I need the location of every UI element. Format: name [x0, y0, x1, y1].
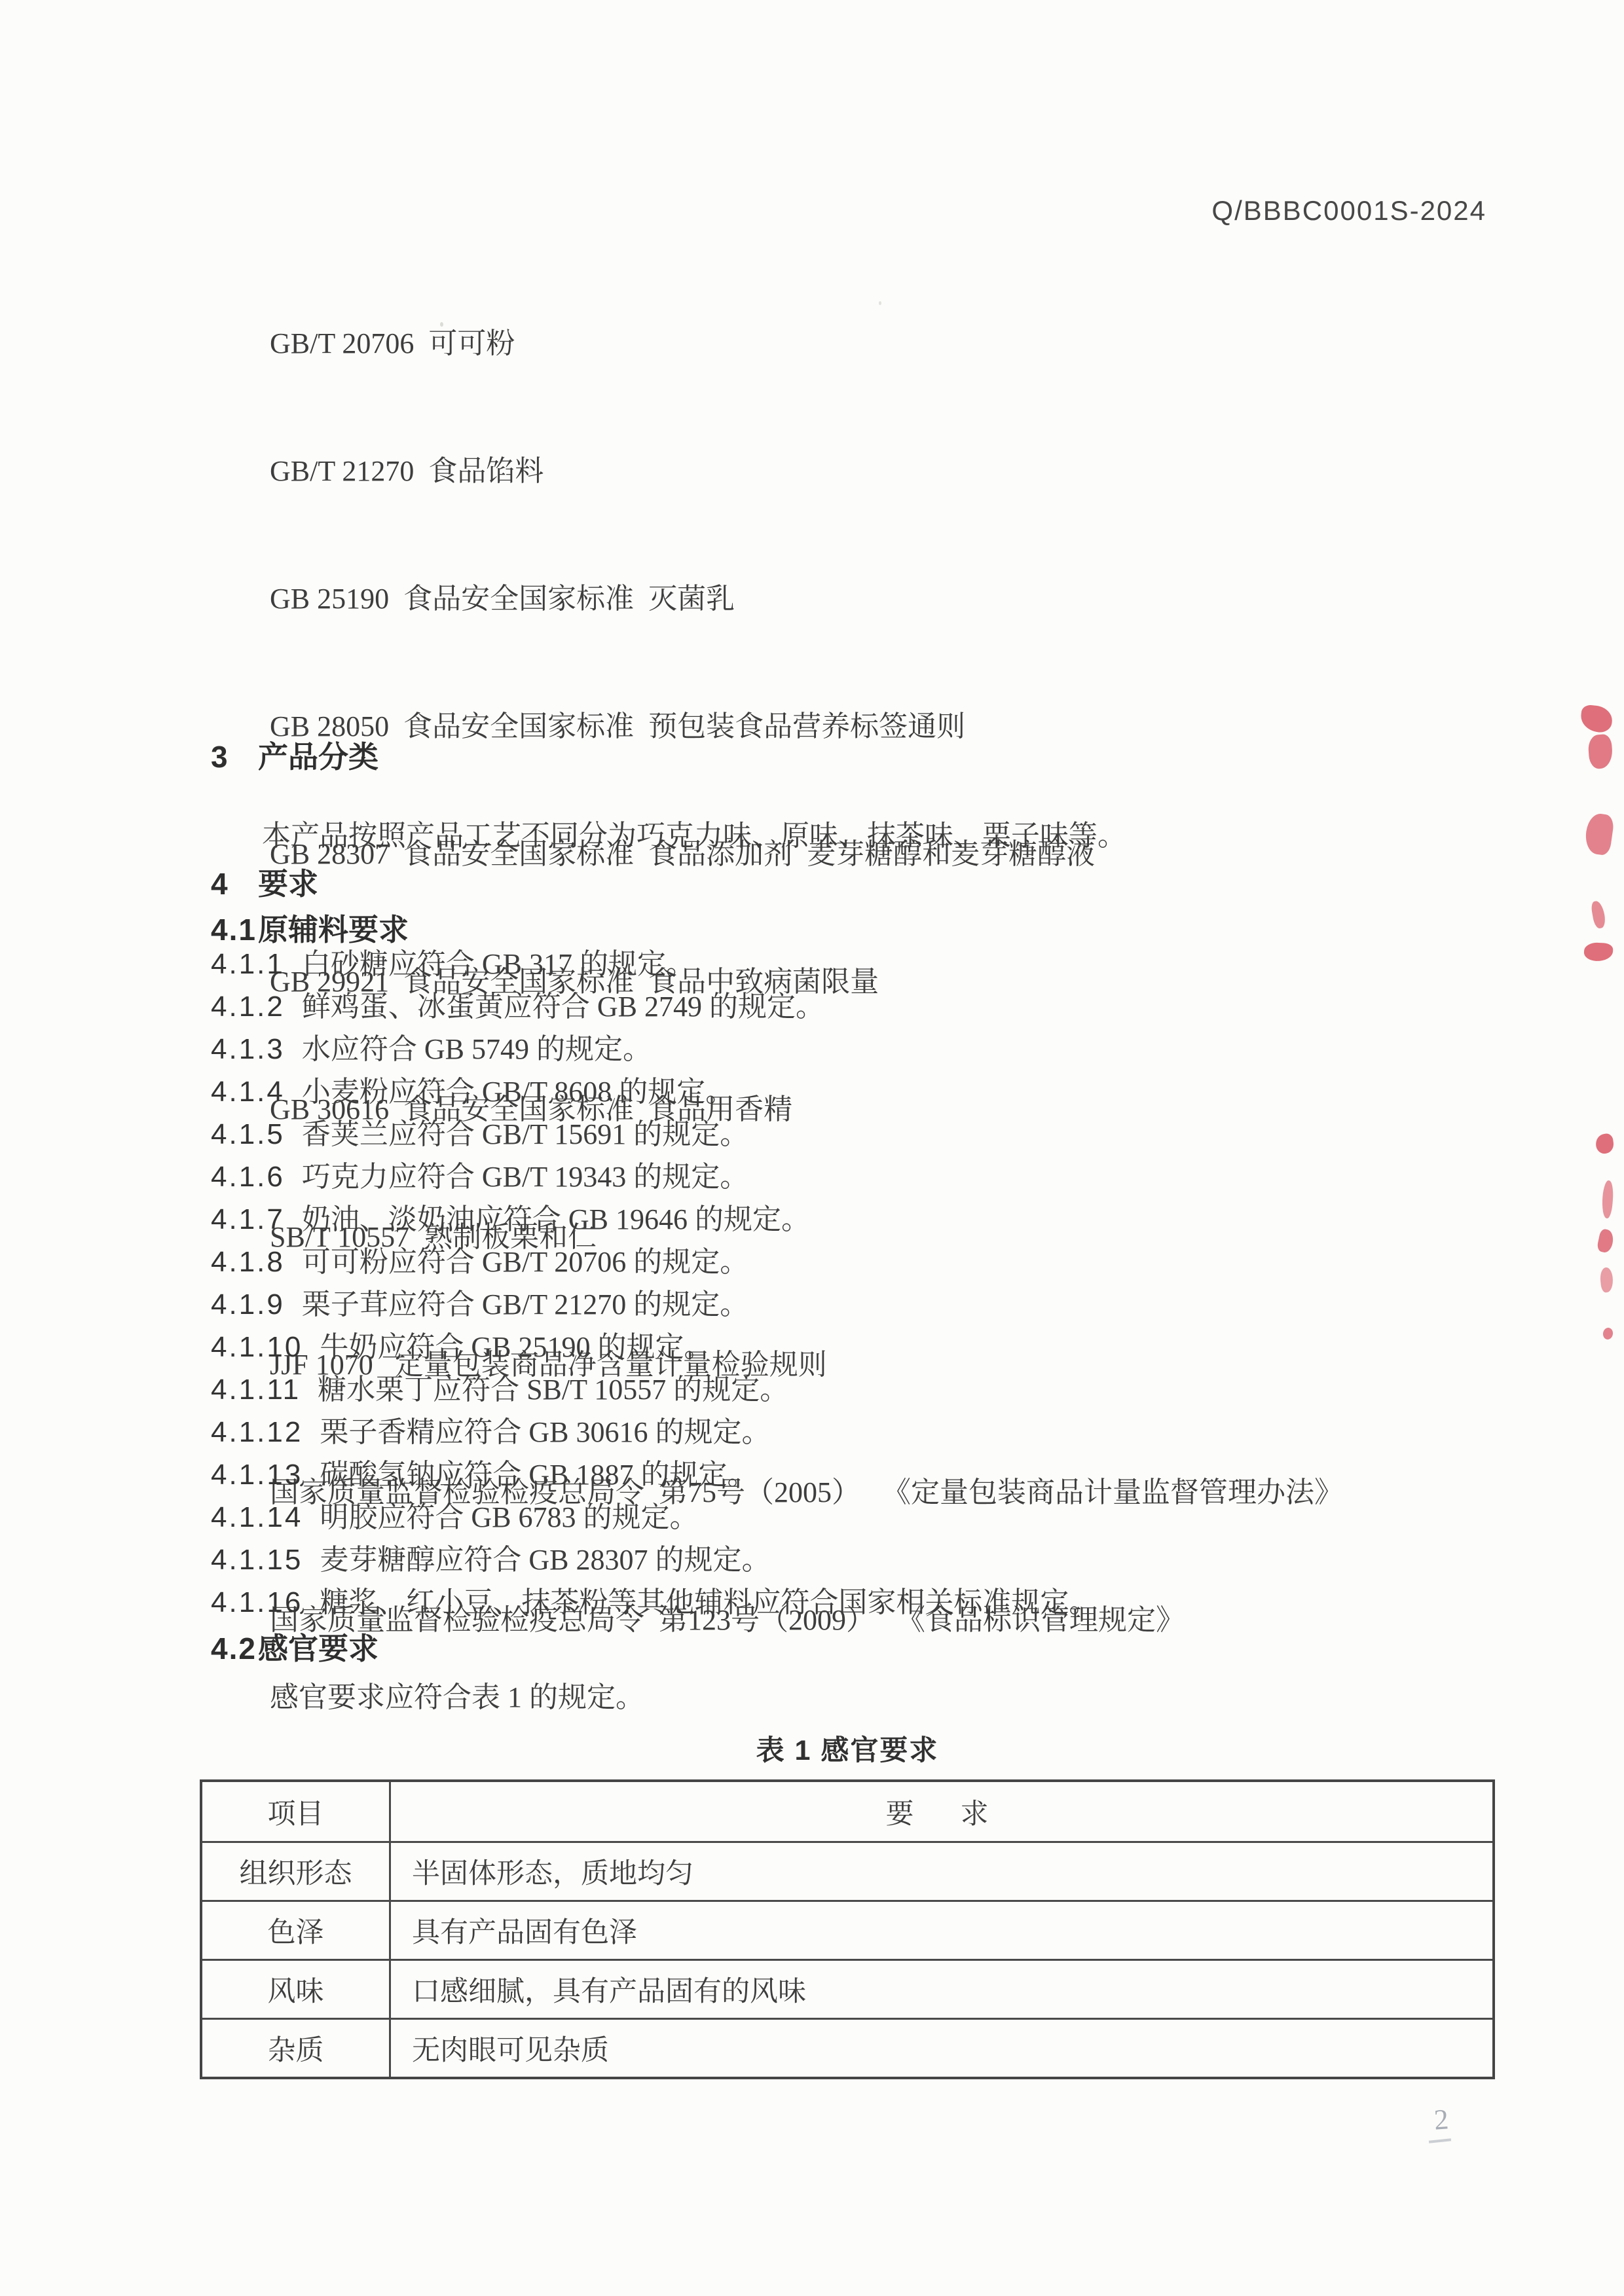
table-header-row: 项目 要 求: [202, 1782, 1492, 1841]
doc-number: Q/BBBC0001S-2024: [1211, 195, 1486, 227]
table-cell-requirement: 口感细腻，具有产品固有的风味: [391, 1961, 1492, 2018]
section-3-paragraph: 本产品按照产品工艺不同分为巧克力味、原味、抹茶味、栗子味等。: [262, 812, 1126, 854]
requirement-item: 4.1.3水应符合 GB 5749 的规定。: [211, 1028, 1098, 1070]
section-title: 感官要求: [258, 1631, 378, 1666]
table-row: 风味 口感细腻，具有产品固有的风味: [202, 1959, 1492, 2018]
item-text: 奶油、淡奶油应符合 GB 19646 的规定。: [302, 1203, 810, 1235]
table-header-item: 项目: [202, 1782, 391, 1841]
requirement-item: 4.1.12栗子香精应符合 GB 30616 的规定。: [211, 1411, 1098, 1453]
item-number: 4.1.1: [211, 948, 285, 980]
requirement-item: 4.1.14明胶应符合 GB 6783 的规定。: [211, 1496, 1098, 1539]
item-text: 小麦粉应符合 GB/T 8608 的规定。: [302, 1076, 734, 1108]
requirement-item: 4.1.15麦芽糖醇应符合 GB 28307 的规定。: [211, 1539, 1098, 1581]
table-row: 组织形态 半固体形态，质地均匀: [202, 1841, 1492, 1900]
requirement-item: 4.1.16糖浆、红小豆、抹茶粉等其他辅料应符合国家相关标准规定。: [211, 1581, 1098, 1624]
table-cell-item: 杂质: [202, 2020, 391, 2077]
item-text: 巧克力应符合 GB/T 19343 的规定。: [302, 1161, 748, 1193]
scan-speck: [879, 301, 881, 305]
item-number: 4.1.10: [211, 1331, 303, 1363]
requirement-item: 4.1.6巧克力应符合 GB/T 19343 的规定。: [211, 1156, 1098, 1198]
requirement-item: 4.1.5香荚兰应符合 GB/T 15691 的规定。: [211, 1113, 1098, 1156]
stamp-fragment: [1595, 1133, 1615, 1154]
table-1-caption: 表 1 感官要求: [200, 1728, 1495, 1768]
item-number: 4.1.13: [211, 1459, 303, 1491]
section-4-2-heading: 4.2感官要求: [211, 1630, 378, 1667]
stamp-fragment: [1602, 1327, 1614, 1340]
requirement-item: 4.1.11糖水栗丁应符合 SB/T 10557 的规定。: [211, 1368, 1098, 1411]
item-text: 香荚兰应符合 GB/T 15691 的规定。: [302, 1118, 748, 1150]
reference-line: GB 28050 食品安全国家标准 预包装食品营养标签通则: [270, 705, 1343, 748]
item-text: 糖浆、红小豆、抹茶粉等其他辅料应符合国家相关标准规定。: [320, 1586, 1098, 1618]
item-text: 鲜鸡蛋、冰蛋黄应符合 GB 2749 的规定。: [302, 991, 824, 1023]
item-number: 4.1.8: [211, 1246, 285, 1278]
requirement-item: 4.1.2鲜鸡蛋、冰蛋黄应符合 GB 2749 的规定。: [211, 985, 1098, 1028]
stamp-fragment: [1583, 942, 1613, 962]
stamp-fragment: [1596, 1228, 1615, 1254]
reference-line: GB/T 21270 食品馅料: [270, 450, 1343, 492]
table-cell-requirement: 半固体形态，质地均匀: [391, 1843, 1492, 1900]
requirement-item: 4.1.13碳酸氢钠应符合 GB 1887 的规定。: [211, 1453, 1098, 1496]
table-row: 色泽 具有产品固有色泽: [202, 1900, 1492, 1959]
item-text: 可可粉应符合 GB/T 20706 的规定。: [302, 1246, 748, 1278]
item-text: 牛奶应符合 GB 25190 的规定。: [320, 1331, 712, 1363]
section-number: 3: [211, 738, 258, 775]
stamp-fragment: [1587, 734, 1614, 769]
requirement-item: 4.1.10牛奶应符合 GB 25190 的规定。: [211, 1326, 1098, 1368]
table-cell-requirement: 具有产品固有色泽: [391, 1902, 1492, 1959]
stamp-fragment: [1599, 1267, 1614, 1293]
requirement-item: 4.1.7奶油、淡奶油应符合 GB 19646 的规定。: [211, 1198, 1098, 1241]
item-text: 白砂糖应符合 GB 317 的规定。: [302, 948, 695, 980]
item-number: 4.1.11: [211, 1374, 301, 1406]
requirement-item: 4.1.1白砂糖应符合 GB 317 的规定。: [211, 943, 1098, 985]
item-number: 4.1.4: [211, 1076, 285, 1108]
item-number: 4.1.12: [211, 1416, 303, 1448]
stamp-fragment: [1579, 704, 1614, 734]
item-text: 栗子茸应符合 GB/T 21270 的规定。: [302, 1288, 748, 1321]
scanned-standard-page: Q/BBBC0001S-2024 GB/T 20706 可可粉 GB/T 212…: [0, 0, 1624, 2296]
section-number: 4.2: [211, 1630, 258, 1667]
item-text: 麦芽糖醇应符合 GB 28307 的规定。: [320, 1544, 770, 1576]
section-title: 产品分类: [258, 740, 378, 774]
item-number: 4.1.9: [211, 1288, 285, 1321]
requirement-item: 4.1.9栗子茸应符合 GB/T 21270 的规定。: [211, 1283, 1098, 1326]
table-cell-item: 色泽: [202, 1902, 391, 1959]
item-text: 碳酸氢钠应符合 GB 1887 的规定。: [320, 1459, 756, 1491]
section-number: 4: [211, 866, 258, 902]
section-4-2-paragraph: 感官要求应符合表 1 的规定。: [270, 1673, 644, 1715]
item-number: 4.1.5: [211, 1118, 285, 1150]
reference-line: GB/T 20706 可可粉: [270, 322, 1343, 365]
item-number: 4.1.15: [211, 1544, 303, 1576]
requirement-item: 4.1.4小麦粉应符合 GB/T 8608 的规定。: [211, 1070, 1098, 1113]
item-number: 4.1.3: [211, 1033, 285, 1065]
item-number: 4.1.7: [211, 1203, 285, 1235]
page-number-underline-mark: [1429, 2138, 1451, 2143]
sensory-requirements-table: 项目 要 求 组织形态 半固体形态，质地均匀 色泽 具有产品固有色泽 风味 口感…: [200, 1779, 1495, 2079]
stamp-fragment: [1583, 812, 1615, 856]
raw-material-requirements-list: 4.1.1白砂糖应符合 GB 317 的规定。 4.1.2鲜鸡蛋、冰蛋黄应符合 …: [211, 943, 1098, 1624]
stamp-fragment: [1590, 900, 1606, 929]
table-cell-item: 组织形态: [202, 1843, 391, 1900]
item-text: 糖水栗丁应符合 SB/T 10557 的规定。: [318, 1374, 788, 1406]
item-number: 4.1.14: [211, 1501, 303, 1533]
item-number: 4.1.6: [211, 1161, 285, 1193]
table-row: 杂质 无肉眼可见杂质: [202, 2018, 1492, 2077]
table-cell-item: 风味: [202, 1961, 391, 2018]
section-title: 原辅料要求: [258, 913, 409, 947]
item-text: 明胶应符合 GB 6783 的规定。: [320, 1501, 698, 1533]
item-number: 4.1.16: [211, 1586, 303, 1618]
table-cell-requirement: 无肉眼可见杂质: [391, 2020, 1492, 2077]
section-4-heading: 4要求: [211, 866, 318, 902]
reference-line: GB 25190 食品安全国家标准 灭菌乳: [270, 577, 1343, 620]
item-text: 栗子香精应符合 GB 30616 的规定。: [320, 1416, 770, 1448]
item-text: 水应符合 GB 5749 的规定。: [302, 1033, 652, 1065]
section-3-heading: 3产品分类: [211, 738, 378, 775]
item-number: 4.1.2: [211, 991, 285, 1023]
table-header-requirement: 要 求: [391, 1782, 1492, 1841]
requirement-item: 4.1.8可可粉应符合 GB/T 20706 的规定。: [211, 1241, 1098, 1283]
page-number: 2: [1433, 2102, 1450, 2136]
stamp-fragment: [1601, 1180, 1615, 1218]
section-title: 要求: [258, 867, 318, 901]
scan-speck: [440, 322, 443, 327]
